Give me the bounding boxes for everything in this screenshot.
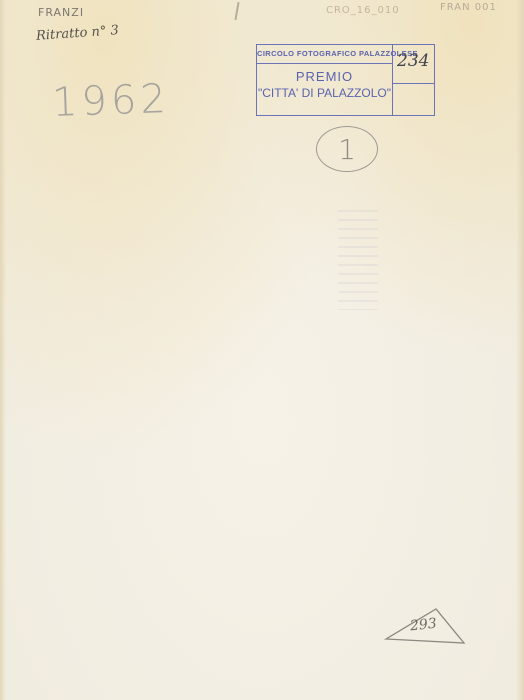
stamp-entry-box: 234 xyxy=(393,45,434,84)
surname-annotation: FRANZI xyxy=(38,6,84,19)
year-annotation: 1962 xyxy=(51,76,170,126)
stamp-header: CIRCOLO FOTOGRAFICO PALAZZOLESE xyxy=(257,45,392,64)
triangle-mark: 293 xyxy=(380,605,470,650)
circled-number: 1 xyxy=(316,126,378,172)
archive-code-secondary: FRAN 001 xyxy=(440,2,497,13)
archive-code: CRO_16_010 xyxy=(326,5,400,16)
circled-number-value: 1 xyxy=(317,133,377,166)
competition-stamp: CIRCOLO FOTOGRAFICO PALAZZOLESE PREMIO "… xyxy=(256,44,435,116)
paper-edge-left xyxy=(0,0,6,700)
stamp-city: "CITTA' DI PALAZZOLO" xyxy=(257,86,392,100)
show-through-text xyxy=(338,210,378,310)
stamp-prize: PREMIO xyxy=(257,69,392,84)
triangle-number: 293 xyxy=(409,616,437,635)
stamp-entry-number: 234 xyxy=(397,51,429,71)
paper-edge-right xyxy=(516,0,524,700)
stamp-main-section: CIRCOLO FOTOGRAFICO PALAZZOLESE PREMIO "… xyxy=(257,45,393,115)
